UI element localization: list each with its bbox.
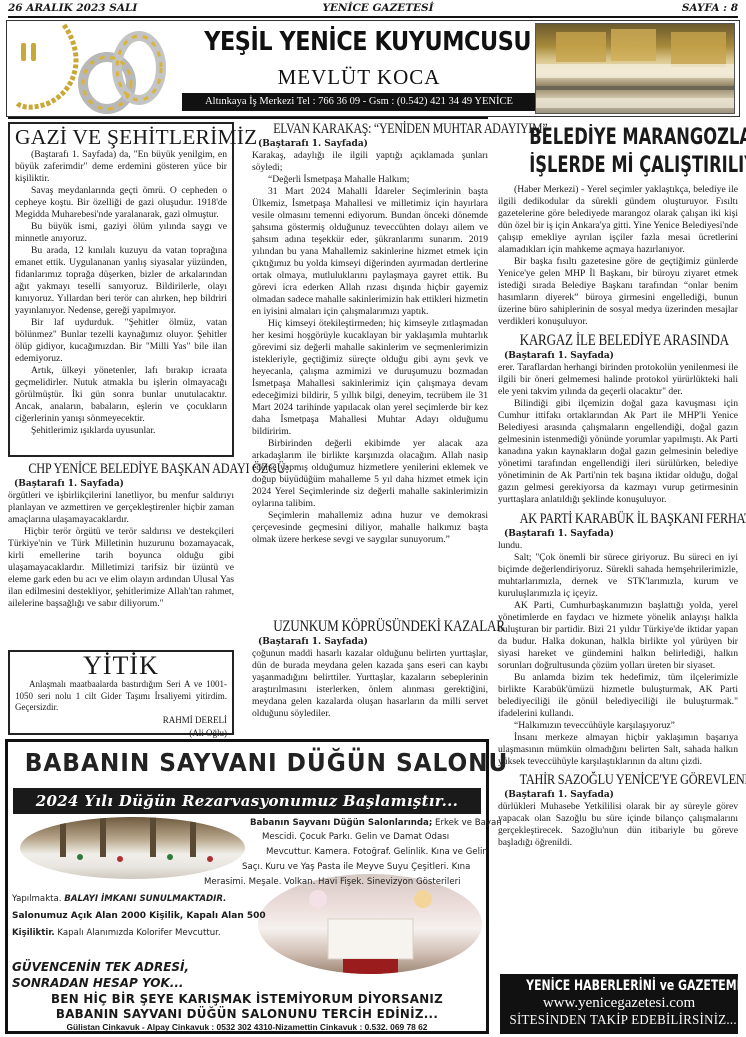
hall-interior-icon [20, 817, 245, 879]
masthead: 26 ARALIK 2023 SALI YENİCE GAZETESİ SAYF… [8, 2, 738, 16]
paragraph: Bu büyük ismi, gaziyi ölüm yılında saygı… [15, 221, 227, 245]
sazoglu-subtitle: (Baştarafı 1. Sayfada) [498, 789, 738, 801]
gazi-title: GAZİ VE ŞEHİTLERİMİZ [15, 126, 227, 148]
honeymoon-offer: BALAYI İMKANI SUNULMAKTADIR. [64, 894, 226, 904]
paragraph: Birbirinden değerli ekibimde yer alacak … [252, 438, 488, 510]
wedding-ad-line: Merasimi. Meşale. Volkan. Havi Fişek. Si… [204, 875, 461, 890]
lost-notice-signature: RAHMİ DERELİ [15, 714, 227, 727]
paragraph: Savaş meydanlarında geçti ömrü. O cephed… [15, 185, 227, 221]
sazoglu-title: TAHİR SAZOĞLU YENİCE'YE GÖREVLENDİRİLDİ [520, 771, 717, 789]
karakas-subtitle: (Baştarafı 1. Sayfada) [252, 138, 488, 150]
paragraph: Karakaş, adaylığı ile ilgili yaptığı açı… [252, 150, 488, 174]
lost-notice-text: Anlaşmalı maatbaalarda bastırdığım Seri … [15, 679, 227, 714]
guarantee-text: GÜVENCENİN TEK ADRESİ, SONRADAN HESAP YO… [12, 959, 189, 991]
wedding-ad-title: BABANIN SAYVANI DÜĞÜN SALONU [25, 748, 470, 777]
uzunkum-article: UZUNKUM KÖPRÜSÜNDEKİ KAZALAR (Baştarafı … [252, 618, 488, 720]
paragraph: örgütleri ve işbirlikçilerini lanetliyor… [8, 490, 234, 526]
wedding-ad-line: Mevcuttur. Kamera. Fotoğraf. Gelinlik. K… [266, 845, 488, 860]
heating-text: Kapalı Alanımızda Kolorifer Mevcuttur. [57, 928, 220, 938]
right-column: BELEDİYE MARANGOZLARI ÖZEL İŞLERDE Mİ ÇA… [498, 120, 738, 849]
paragraph: lundu. [498, 540, 738, 552]
paragraph: Hiçbir terör örgütü ve terör saldırısı v… [8, 526, 234, 610]
wedding-ad-line: Mescidi. Çocuk Parkı. Gelin ve Damat Oda… [262, 830, 449, 845]
capacity-text: Salonumuz Açık Alan 2000 Kişilik, Kapalı… [12, 909, 266, 924]
wedding-ad-line: Yapılmakta. BALAYI İMKANI SUNULMAKTADIR. [12, 892, 226, 907]
wedding-ad-line-text: Erkek ve Bayan [435, 818, 502, 828]
wedding-ad-lead: Babanın Sayvanı Düğün Salonlarında; [250, 818, 432, 828]
salt-body: lundu. Salt; "Çok önemli bir sürece giri… [498, 540, 738, 768]
paragraph: “Değerli İsmetpaşa Mahalle Halkım; [252, 174, 488, 186]
guarantee-line2: SONRADAN HESAP YOK... [12, 975, 189, 991]
wedding-hall-photo [20, 817, 245, 879]
capacity-text-2: Kişiliktir. [12, 928, 55, 938]
paragraph: “Halkımızın teveccühüyle karşılaşıyoruz” [498, 720, 738, 732]
paper-name: YENİCE GAZETESİ [318, 2, 438, 14]
masthead-rule [8, 16, 738, 18]
wedding-ad-banner: 2024 Yılı Düğün Rezarvasyonumuz Başlamış… [13, 788, 481, 814]
gazi-body: (Baştarafı 1. Sayfada) da, "En büyük yen… [15, 149, 227, 437]
karakas-title: ELVAN KARAKAŞ: “YENİDEN MUHTAR ADAYIYIM” [273, 120, 467, 138]
slogan-line2: BABANIN SAYVANI DÜĞÜN SALONUNU TERCİH ED… [20, 1006, 474, 1021]
paragraph: çoğunun maddi hasarlı kazalar olduğunu b… [252, 648, 488, 720]
uzunkum-title: UZUNKUM KÖPRÜSÜNDEKİ KAZALAR [273, 618, 467, 636]
website-promo: YENİCE HABERLERİNİ ve GAZETEMİZİ www.yen… [500, 974, 738, 1034]
wedding-ad-line: Saçı. Kuru ve Yaş Pasta ile Meyve Suyu Ç… [242, 860, 470, 875]
website-promo-line3: SİTESİNDEN TAKİP EDEBİLİRSİNİZ... [510, 1012, 729, 1030]
store-display-icon [536, 24, 735, 114]
uzunkum-subtitle: (Baştarafı 1. Sayfada) [252, 636, 488, 648]
jewelry-store-photo [535, 23, 735, 114]
kargaz-body: erer. Taraflardan herhangi birinden prot… [498, 362, 738, 506]
paragraph: dürlükleri Muhasebe Yetkililisi olarak b… [498, 801, 738, 849]
marangoz-title-line2: İŞLERDE Mİ ÇALIŞTIRILIYOR? [529, 152, 707, 180]
salt-title: AK PARTİ KARABÜK İL BAŞKANI FERHAT SALT: [520, 510, 717, 528]
section-rule [8, 117, 488, 119]
karakas-article: ELVAN KARAKAŞ: “YENİDEN MUHTAR ADAYIYIM”… [252, 120, 488, 546]
paragraph: Artık, ülkeyi yönetenler, lafı bırakıp i… [15, 365, 227, 425]
kargaz-title: KARGAZ İLE BELEDİYE ARASINDA [520, 332, 717, 350]
sazoglu-body: dürlükleri Muhasebe Yetkililisi olarak b… [498, 801, 738, 849]
paragraph: İnsanı merkeze almayan hiçbir yaklaşımın… [498, 732, 738, 768]
paragraph: Şehitlerimiz ışıklarda uyusunlar. [15, 425, 227, 437]
jewelry-icon [9, 23, 177, 114]
wedding-ad-contact: Gülistan Cinkavuk - Alpay Cinkavuk : 053… [8, 1022, 486, 1032]
paragraph: Bilindiği gibi ilçemizin doğal gaza kavu… [498, 398, 738, 506]
paragraph: Salt; "Çok önemli bir sürece giriyoruz. … [498, 552, 738, 600]
lost-notice-signature-note: (Ali Oğlu) [15, 727, 227, 740]
salt-subtitle: (Baştarafı 1. Sayfada) [498, 528, 738, 540]
gazi-article: GAZİ VE ŞEHİTLERİMİZ (Baştarafı 1. Sayfa… [8, 122, 234, 457]
kargaz-subtitle: (Baştarafı 1. Sayfada) [498, 350, 738, 362]
paragraph: (Haber Merkezi) - Yerel seçimler yaklaşt… [498, 184, 738, 256]
jeweler-owner: MEVLÜT KOCA [179, 65, 539, 90]
chp-title: CHP YENİCE BELEDİYE BAŞKAN ADAYI ÖZGÜ: [28, 460, 213, 478]
lost-notice: YİTİK Anlaşmalı maatbaalarda bastırdığım… [8, 650, 234, 735]
website-promo-line1: YENİCE HABERLERİNİ ve GAZETEMİZİ [526, 977, 712, 995]
karakas-body: Karakaş, adaylığı ile ilgili yaptığı açı… [252, 150, 488, 546]
jeweler-contact: Altınkaya İş Merkezi Tel : 766 36 09 - G… [182, 93, 536, 111]
paragraph: erer. Taraflardan herhangi birinden prot… [498, 362, 738, 398]
paragraph: Bir laf uydurduk. "Şehitler ölmüz, vatan… [15, 317, 227, 365]
uzunkum-body: çoğunun maddi hasarlı kazalar olduğunu b… [252, 648, 488, 720]
paragraph: AK Parti, Cumhurbaşkanımızın başlattığı … [498, 600, 738, 672]
paragraph: Hiç kimseyi ötekileştirmeden; hiç kimsey… [252, 318, 488, 438]
issue-date: 26 ARALIK 2023 SALI [8, 2, 137, 14]
paragraph: 31 Mart 2024 Mahalli İdareler Seçimlerin… [252, 186, 488, 318]
chp-body: örgütleri ve işbirlikçilerini lanetliyor… [8, 490, 234, 610]
page-number: SAYFA : 8 [682, 2, 738, 14]
website-url[interactable]: www.yenicegazetesi.com [500, 995, 738, 1012]
paragraph: Bu arada, 12 kınılalı kuzuyu da vatan to… [15, 245, 227, 317]
slogan-line1: BEN HİÇ BİR ŞEYE KARIŞMAK İSTEMİYORUM Dİ… [20, 991, 474, 1006]
paragraph: (Baştarafı 1. Sayfada) da, "En büyük yen… [15, 149, 227, 185]
jeweler-title: YEŞİL YENİCE KUYUMCUSU [204, 27, 514, 57]
jewelry-image [9, 23, 177, 114]
wedding-ad-slogan: BEN HİÇ BİR ŞEYE KARIŞMAK İSTEMİYORUM Dİ… [20, 991, 474, 1021]
wedding-ad-line-text: Yapılmakta. [12, 894, 62, 904]
jeweler-ad: YEŞİL YENİCE KUYUMCUSU MEVLÜT KOCA Altın… [6, 20, 740, 117]
paragraph: Bu anlamda bizim tek hedefimiz, tüm ilçe… [498, 672, 738, 720]
marangoz-body: (Haber Merkezi) - Yerel seçimler yaklaşt… [498, 184, 738, 328]
guarantee-line1: GÜVENCENİN TEK ADRESİ, [12, 959, 189, 975]
wedding-hall-ad: BABANIN SAYVANI DÜĞÜN SALONU 2024 Yılı D… [5, 739, 489, 1034]
wedding-ad-line: Babanın Sayvanı Düğün Salonlarında; Erke… [250, 816, 502, 831]
chp-article: CHP YENİCE BELEDİYE BAŞKAN ADAYI ÖZGÜ: (… [8, 460, 234, 610]
wedding-ad-line: Kişiliktir. Kapalı Alanımızda Kolorifer … [12, 926, 221, 941]
paragraph: Bir başka fısıltı gazetesine göre de geç… [498, 256, 738, 328]
lost-notice-title: YİTİK [15, 653, 227, 679]
chp-subtitle: (Baştarafı 1. Sayfada) [8, 478, 234, 490]
marangoz-title-line1: BELEDİYE MARANGOZLARI ÖZEL [529, 124, 707, 152]
paragraph: Seçimlerin mahallemiz adına huzur ve dem… [252, 510, 488, 546]
